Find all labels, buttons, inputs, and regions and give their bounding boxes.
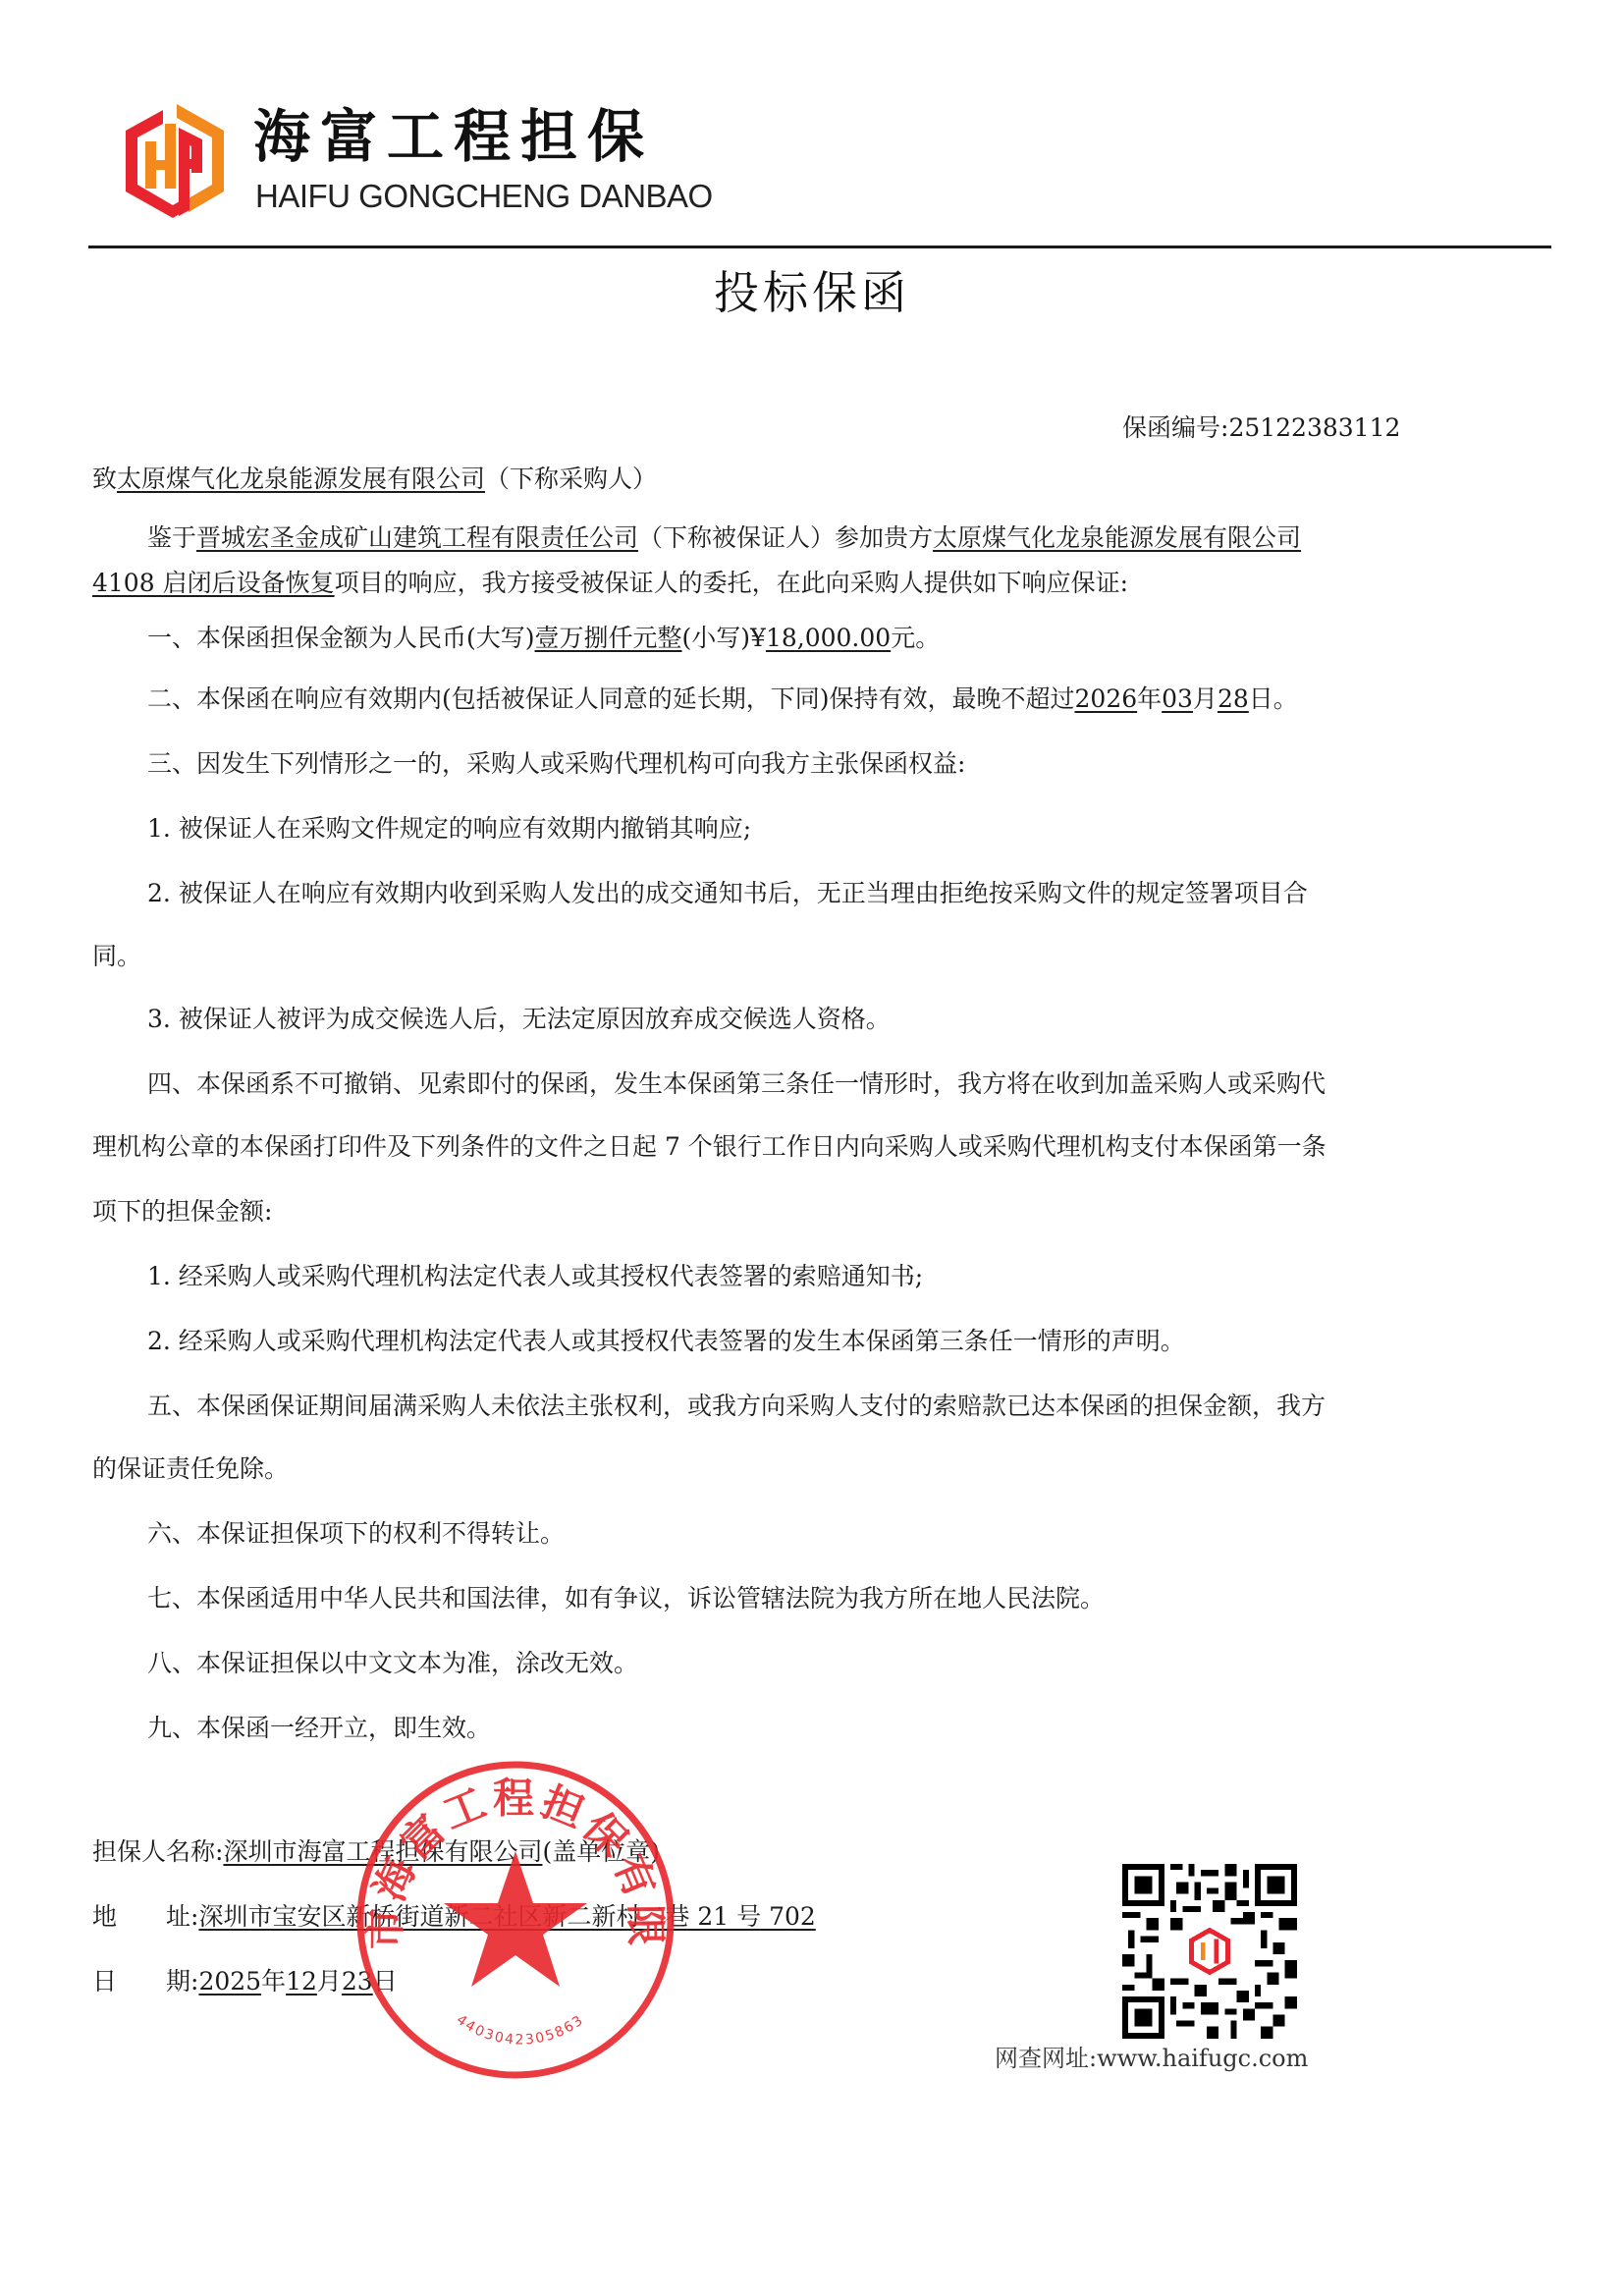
clause-4c: 项下的担保金额: bbox=[92, 1196, 1516, 1228]
year-unit: 年 bbox=[1137, 684, 1162, 713]
expiry-year: 2026 bbox=[1075, 684, 1138, 713]
clause-5a: 五、本保函保证期间届满采购人未依法主张权利，或我方向采购人支付的索赔款已达本保函… bbox=[147, 1391, 1571, 1422]
addressee-prefix: 致 bbox=[92, 465, 117, 493]
clause-6: 六、本保证担保项下的权利不得转让。 bbox=[147, 1518, 1571, 1550]
clause-4a: 四、本保函系不可撤销、见索即付的保函，发生本保函第三条任一情形时，我方将在收到加… bbox=[147, 1068, 1571, 1100]
guarantee-number: 保函编号:25122383112 bbox=[1122, 412, 1400, 444]
document-title: 投标保函 bbox=[0, 263, 1624, 322]
clause-2-prefix: 二、本保函在响应有效期内(包括被保证人同意的延长期，下同)保持有效，最晚不超过 bbox=[147, 684, 1075, 713]
brand-name-cn: 海富工程担保 bbox=[253, 102, 654, 171]
haifu-logo-icon bbox=[116, 100, 234, 222]
clause-3-item-1: 1. 被保证人在采购文件规定的响应有效期内撤销其响应; bbox=[147, 813, 1571, 845]
header-divider bbox=[88, 246, 1551, 248]
intro-mid: （下称被保证人）参加贵方 bbox=[638, 523, 933, 552]
intro-line-1: 鉴于晋城宏圣金成矿山建筑工程有限责任公司（下称被保证人）参加贵方太原煤气化龙泉能… bbox=[147, 522, 1571, 554]
amount-in-words: 壹万捌仟元整 bbox=[535, 624, 682, 652]
verification-qr-code[interactable] bbox=[1122, 1864, 1297, 2039]
month-unit: 月 bbox=[317, 1967, 342, 1995]
year-unit: 年 bbox=[261, 1967, 286, 1995]
month-unit: 月 bbox=[1193, 684, 1218, 713]
seal-star-icon bbox=[444, 1851, 587, 1987]
addressee-line: 致太原煤气化龙泉能源发展有限公司（下称采购人） bbox=[92, 464, 1516, 495]
clause-5b: 的保证责任免除。 bbox=[92, 1453, 1516, 1485]
intro-suffix: 项目的响应，我方接受被保证人的委托，在此向采购人提供如下响应保证: bbox=[335, 569, 1128, 597]
clause-4-item-1: 1. 经采购人或采购代理机构法定代表人或其授权代表签署的索赔通知书; bbox=[147, 1261, 1571, 1292]
clause-7: 七、本保函适用中华人民共和国法律，如有争议，诉讼管辖法院为我方所在地人民法院。 bbox=[147, 1583, 1571, 1614]
clause-4-item-2: 2. 经采购人或采购代理机构法定代表人或其授权代表签署的发生本保函第三条任一情形… bbox=[147, 1326, 1571, 1357]
date-label: 日 期: bbox=[92, 1967, 198, 1995]
guarantee-number-label: 保函编号: bbox=[1122, 413, 1228, 442]
clause-2: 二、本保函在响应有效期内(包括被保证人同意的延长期，下同)保持有效，最晚不超过2… bbox=[147, 683, 1571, 715]
date-line: 日 期:2025年12月23日 bbox=[92, 1966, 1516, 1997]
guarantor-line: 担保人名称:深圳市海富工程担保有限公司(盖单位章) bbox=[92, 1836, 1516, 1868]
purchaser-name: 太原煤气化龙泉能源发展有限公司 bbox=[933, 523, 1301, 552]
address-label: 地 址: bbox=[92, 1902, 198, 1931]
company-seal-stamp: 深圳市海富工程担保有限公司 4403042305863 bbox=[353, 1758, 677, 2082]
clause-1-prefix: 一、本保函担保金额为人民币(大写) bbox=[147, 624, 535, 652]
amount-in-figures: 18,000.00 bbox=[766, 624, 891, 652]
svg-text:4403042305863: 4403042305863 bbox=[454, 2012, 587, 2049]
issue-year: 2025 bbox=[198, 1967, 261, 1995]
issue-month: 12 bbox=[286, 1967, 317, 1995]
clause-3-item-3: 3. 被保证人被评为成交候选人后，无法定原因放弃成交候选人资格。 bbox=[147, 1004, 1571, 1035]
expiry-month: 03 bbox=[1162, 684, 1193, 713]
clause-1-mid: (小写)¥ bbox=[682, 624, 766, 652]
guarantor-label: 担保人名称: bbox=[92, 1837, 223, 1866]
guarantee-number-value: 25122383112 bbox=[1228, 413, 1400, 442]
clause-1: 一、本保函担保金额为人民币(大写)壹万捌仟元整(小写)¥18,000.00元。 bbox=[147, 623, 1571, 654]
day-unit: 日。 bbox=[1249, 684, 1298, 713]
clause-3: 三、因发生下列情形之一的，采购人或采购代理机构可向我方主张保函权益: bbox=[147, 748, 1571, 780]
clause-4b: 理机构公章的本保函打印件及下列条件的文件之日起 7 个银行工作日内向采购人或采购… bbox=[92, 1131, 1516, 1163]
clause-8: 八、本保证担保以中文文本为准，涂改无效。 bbox=[147, 1648, 1571, 1679]
intro-line-2: 4108 启闭后设备恢复项目的响应，我方接受被保证人的委托，在此向采购人提供如下… bbox=[92, 568, 1516, 599]
brand-name-en: HAIFU GONGCHENG DANBAO bbox=[255, 177, 713, 216]
seal-code: 4403042305863 bbox=[454, 2012, 587, 2049]
intro-prefix: 鉴于 bbox=[147, 523, 196, 552]
addressee-suffix: （下称采购人） bbox=[485, 465, 657, 493]
verify-url-caption: 网查网址:www.haifugc.com bbox=[995, 2043, 1308, 2074]
clause-1-suffix: 元。 bbox=[891, 624, 940, 652]
address-line: 地 址:深圳市宝安区新桥街道新二社区新二新村二巷 21 号 702 bbox=[92, 1901, 1516, 1933]
clause-3-item-2a: 2. 被保证人在响应有效期内收到采购人发出的成交通知书后，无正当理由拒绝按采购文… bbox=[147, 878, 1571, 909]
addressee-name: 太原煤气化龙泉能源发展有限公司 bbox=[117, 465, 485, 493]
project-name: 4108 启闭后设备恢复 bbox=[92, 569, 335, 597]
expiry-day: 28 bbox=[1218, 684, 1249, 713]
clause-3-item-2b: 同。 bbox=[92, 941, 1516, 972]
clause-9: 九、本保函一经开立，即生效。 bbox=[147, 1713, 1571, 1744]
principal-name: 晋城宏圣金成矿山建筑工程有限责任公司 bbox=[196, 523, 638, 552]
